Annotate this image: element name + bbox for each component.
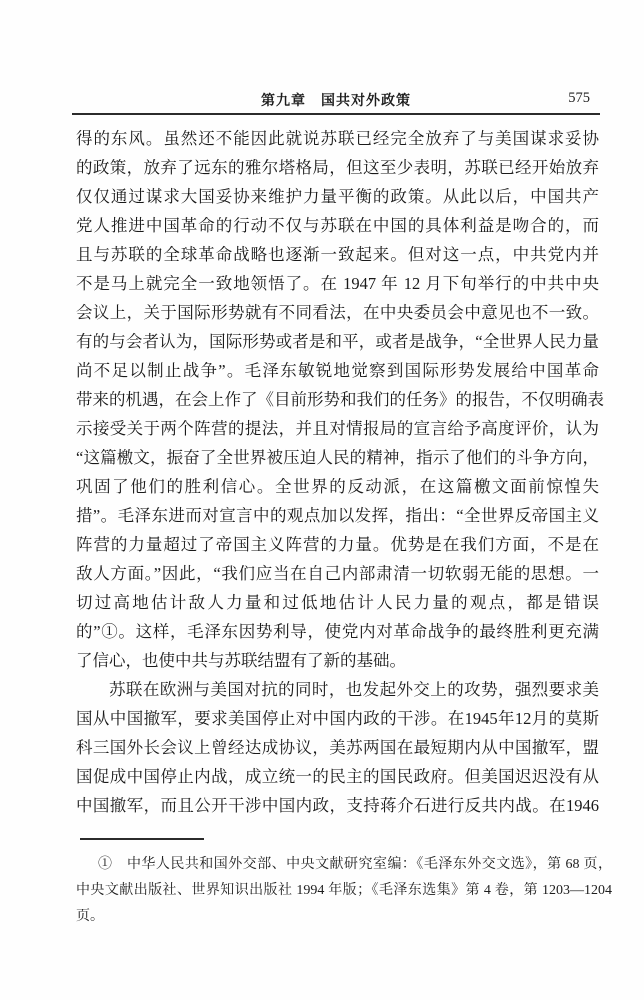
text-line: 切过高地估计敌人力量和过低地估计人民力量的观点，都是错误 bbox=[76, 588, 599, 617]
text-line: 党人推进中国革命的行动不仅与苏联在中国的具体利益是吻合的，而 bbox=[76, 211, 599, 240]
text-line: 不是马上就完全一致地领悟了。在 1947 年 12 月下旬举行的中共中央 bbox=[76, 269, 599, 298]
footnote-separator bbox=[80, 838, 204, 840]
text-line-paragraph-start: 苏联在欧洲与美国对抗的同时，也发起外交上的攻势，强烈要求美 bbox=[76, 675, 599, 704]
text-line: 措”。毛泽东进而对宣言中的观点加以发挥，指出：“全世界反帝国主义 bbox=[76, 501, 599, 530]
text-line: 带来的机遇，在会上作了《目前形势和我们的任务》的报告，不仅明确表 bbox=[76, 385, 599, 414]
text-line: 尚不足以制止战争”。毛泽东敏锐地觉察到国际形势发展给中国革命 bbox=[76, 356, 599, 385]
text-line: 敌人方面。”因此，“我们应当在自己内部肃清一切软弱无能的思想。一 bbox=[76, 559, 599, 588]
text-line: 且与苏联的全球革命战略也逐渐一致起来。但对这一点，中共党内并 bbox=[76, 240, 599, 269]
body-text: 得的东风。虽然还不能因此就说苏联已经完全放弃了与美国谋求妥协 的政策，放弃了远东… bbox=[76, 124, 599, 820]
footnote-line: ① 中华人民共和国外交部、中央文献研究室编：《毛泽东外交文选》，第 68 页， bbox=[76, 852, 612, 878]
text-line: “这篇檄文，振奋了全世界被压迫人民的精神，指示了他们的斗争方向， bbox=[76, 443, 599, 472]
footnote-line: 中央文献出版社、世界知识出版社 1994 年版；《毛泽东选集》第 4 卷，第 1… bbox=[76, 878, 612, 904]
text-line: 的”①。这样，毛泽东因势利导，使党内对革命战争的最终胜利更充满 bbox=[76, 617, 599, 646]
footnote: ① 中华人民共和国外交部、中央文献研究室编：《毛泽东外交文选》，第 68 页， … bbox=[76, 852, 612, 930]
text-line: 有的与会者认为，国际形势或者是和平，或者是战争，“全世界人民力量 bbox=[76, 327, 599, 356]
text-line: 会议上，关于国际形势就有不同看法，在中央委员会中意见也不一致。 bbox=[76, 298, 599, 327]
text-line: 阵营的力量超过了帝国主义阵营的力量。优势是在我们方面，不是在 bbox=[76, 530, 599, 559]
text-line: 的政策，放弃了远东的雅尔塔格局，但这至少表明，苏联已经开始放弃 bbox=[76, 153, 599, 182]
footnote-line: 页。 bbox=[76, 904, 612, 930]
text-line: 国从中国撤军，要求美国停止对中国内政的干涉。在1945年12月的莫斯 bbox=[76, 704, 599, 733]
text-line: 仅仅通过谋求大国妥协来维护力量平衡的政策。从此以后，中国共产 bbox=[76, 182, 599, 211]
text-line: 中国撤军，而且公开干涉中国内政，支持蒋介石进行反共内战。在1946 bbox=[76, 791, 599, 820]
text-line: 得的东风。虽然还不能因此就说苏联已经完全放弃了与美国谋求妥协 bbox=[76, 124, 599, 153]
text-line: 巩固了他们的胜利信心。全世界的反动派，在这篇檄文面前惊惶失 bbox=[76, 472, 599, 501]
text-line: 科三国外长会议上曾经达成协议，美苏两国在最短期内从中国撤军，盟 bbox=[76, 733, 599, 762]
text-line: 示接受关于两个阵营的提法，并且对情报局的宣言给予高度评价，认为 bbox=[76, 414, 599, 443]
chapter-title: 第九章 国共对外政策 bbox=[261, 94, 411, 109]
page-number: 575 bbox=[568, 90, 590, 107]
text-line: 国促成中国停止内战，成立统一的民主的国民政府。但美国迟迟没有从 bbox=[76, 762, 599, 791]
text-line: 了信心，也使中共与苏联结盟有了新的基础。 bbox=[76, 646, 599, 675]
header-rule bbox=[72, 113, 600, 115]
running-head: 第九章 国共对外政策 575 bbox=[72, 90, 600, 108]
book-page: 第九章 国共对外政策 575 得的东风。虽然还不能因此就说苏联已经完全放弃了与美… bbox=[0, 0, 644, 1000]
